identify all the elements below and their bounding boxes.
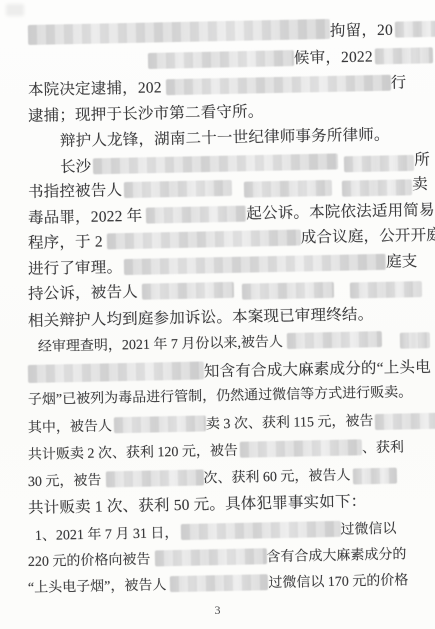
redaction-block xyxy=(375,413,435,431)
document-line: 毒品罪，2022 年起公诉。本院依法适用简易 xyxy=(28,201,435,229)
text-run: 子烟”已被列为毒品进行管制，仍然通过微信等方式进行贩卖。 xyxy=(28,385,412,408)
text-run: 过微信以 170 元的价格 xyxy=(268,573,408,591)
redaction-block xyxy=(170,574,268,592)
redaction-block xyxy=(342,179,412,196)
text-run: 30 元，被告 xyxy=(28,474,102,490)
redaction-block xyxy=(242,282,334,300)
document-line: 持公诉，被告人 xyxy=(28,277,422,305)
text-run: 、获利 xyxy=(362,440,404,456)
text-run: 相关辩护人均到庭参加诉讼。本案现已审理终结。 xyxy=(28,306,374,330)
document-line: 本院决定逮捕，202行 xyxy=(28,73,407,101)
document-line: 候审，2022 xyxy=(148,46,433,72)
document-line: 书指控被告人卖 xyxy=(28,175,428,203)
text-run: 书指控被告人 xyxy=(28,182,123,201)
page-number: 3 xyxy=(0,603,435,618)
text-run: 起公诉。本院依法适用简易 xyxy=(246,202,435,223)
redaction-block xyxy=(93,153,338,174)
redaction-block xyxy=(148,50,294,69)
redaction-block xyxy=(395,21,435,38)
redaction-block xyxy=(146,206,246,224)
document-line: 知含有合成大麻素成分的“上头电 xyxy=(28,357,431,386)
document-line: 220 元的价格向被告含有合成大麻素成分的 xyxy=(28,545,407,573)
redaction-block xyxy=(124,254,386,275)
document-line: 相关辩护人均到庭参加诉讼。本案现已审理终结。 xyxy=(28,305,374,332)
text-run: 本院决定逮捕，202 xyxy=(28,79,162,99)
document-line: 子烟”已被列为毒品进行管制，仍然通过微信等方式进行贩卖。 xyxy=(28,383,413,411)
scan-artifact xyxy=(6,4,24,16)
redaction-block xyxy=(28,361,204,383)
text-run: 卖 xyxy=(412,176,428,193)
scanned-document-page: 拘留，20候审，2022本院决定逮捕，202行逮捕；现押于长沙市第二看守所。辩护… xyxy=(0,0,435,629)
text-run: 程序，于 2 xyxy=(28,234,103,252)
document-line: 逮捕；现押于长沙市第二看守所。 xyxy=(28,102,264,127)
document-line: 辩护人龙锋，湖南二十一世纪律师事务所律师。 xyxy=(60,125,390,152)
document-line: 程序，于 2成合议庭，公开开庭 xyxy=(28,226,435,254)
text-run: 1、2021 年 7 月 31 日， xyxy=(35,526,179,544)
text-run: “上头电子烟”，被告人 xyxy=(28,578,167,596)
document-line: 长沙所 xyxy=(60,151,430,178)
redaction-block xyxy=(375,47,433,64)
text-run: 持公诉，被告人 xyxy=(28,284,138,303)
text-run: 次、获利 60 元，被告人 xyxy=(203,469,350,487)
text-run: 候审，2022 xyxy=(294,48,373,67)
text-run: 辩护人龙锋，湖南二十一世纪律师事务所律师。 xyxy=(60,126,390,150)
text-run: 逮捕；现押于长沙市第二看守所。 xyxy=(28,103,264,125)
text-run: 经审理查明，2021 年 7 月份以来,被告人 xyxy=(38,335,283,355)
redaction-block xyxy=(114,415,206,433)
redaction-block xyxy=(344,155,414,172)
document-line: 共计贩卖 1 次、获利 50 元。具体犯罪事实如下： xyxy=(28,492,367,519)
text-run: 卖 3 次、获利 115 元，被告 xyxy=(206,414,374,432)
text-run: 含有合成大麻素成分的 xyxy=(266,547,406,565)
redaction-block xyxy=(180,521,340,540)
text-run: 毒品罪，2022 年 xyxy=(28,208,143,227)
redaction-block xyxy=(244,180,332,198)
redaction-block xyxy=(28,19,330,45)
text-run: 庭支 xyxy=(386,253,418,271)
redaction-block xyxy=(154,548,266,566)
redaction-block xyxy=(166,75,391,96)
redaction-block xyxy=(240,439,362,457)
redaction-block xyxy=(124,180,232,198)
redaction-block xyxy=(142,282,234,300)
document-line: 30 元，被告次、获利 60 元，被告人 xyxy=(28,466,397,493)
text-run: 行 xyxy=(391,74,407,91)
text-run: 成合议庭，公开开庭 xyxy=(301,227,435,247)
text-run: 拘留，20 xyxy=(330,22,393,40)
redaction-block xyxy=(287,331,382,349)
redaction-block xyxy=(105,469,203,487)
text-run: 所 xyxy=(414,152,430,169)
text-run: 知含有合成大麻素成分的“上头电 xyxy=(204,359,431,381)
document-line: 共计贩卖 2 次、获利 120 元，被告、获利 xyxy=(28,438,404,466)
document-line: 进行了审理。庭支 xyxy=(28,252,418,280)
redaction-block xyxy=(400,332,430,349)
redaction-block xyxy=(350,281,422,298)
text-run: 共计贩卖 2 次、获利 120 元，被告 xyxy=(28,444,238,463)
redaction-block xyxy=(107,230,301,250)
text-run: 进行了审理。 xyxy=(28,259,123,278)
text-run: 其中，被告人 xyxy=(28,419,112,436)
redaction-block xyxy=(352,468,396,485)
document-line: 拘留，20 xyxy=(28,17,435,48)
text-run: 过微信以 xyxy=(340,522,396,538)
text-run: 220 元的价格向被告 xyxy=(28,553,151,570)
document-line: 经审理查明，2021 年 7 月份以来,被告人 xyxy=(38,330,430,358)
text-run: 长沙 xyxy=(60,158,92,176)
document-line: 其中，被告人卖 3 次、获利 115 元，被告 xyxy=(28,411,435,439)
document-line: 1、2021 年 7 月 31 日，过微信以 xyxy=(35,520,397,547)
document-line: “上头电子烟”，被告人过微信以 170 元的价格 xyxy=(28,571,409,599)
text-run: 共计贩卖 1 次、获利 50 元。具体犯罪事实如下： xyxy=(28,493,367,517)
